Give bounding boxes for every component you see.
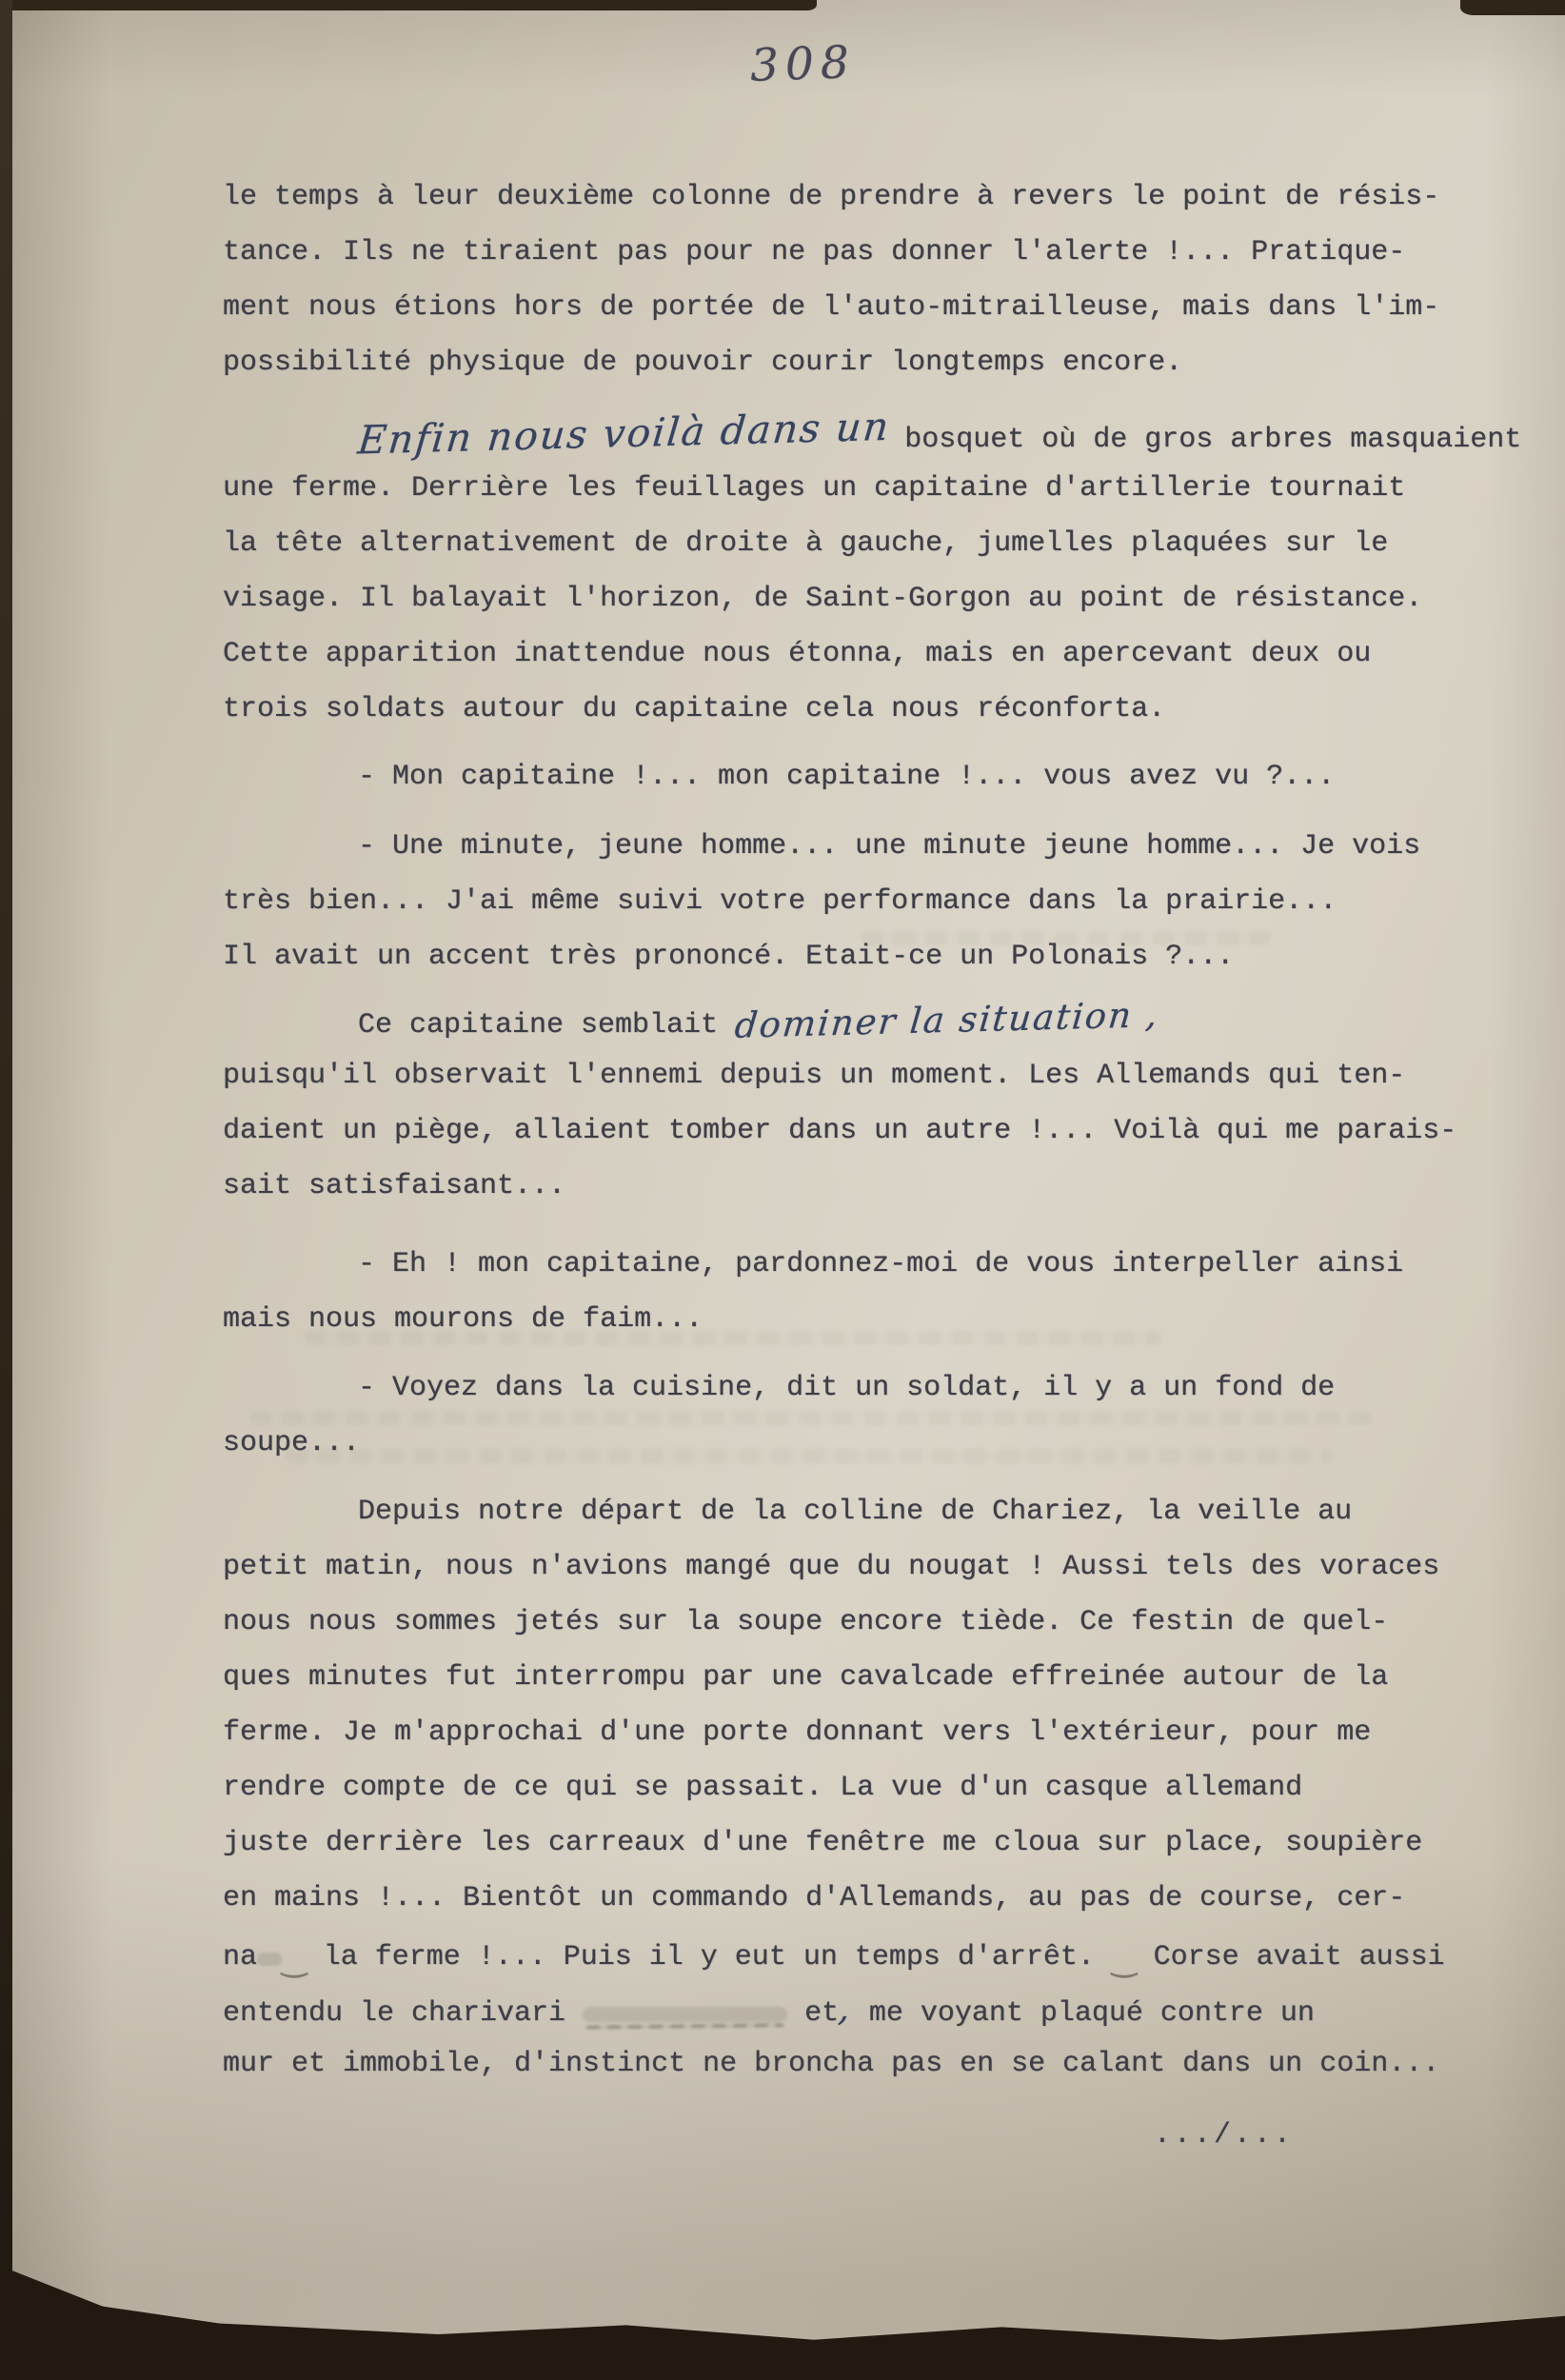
text-line: soupe... [223, 1416, 1481, 1471]
handwritten-tie-mark: ‿ [282, 1933, 307, 1988]
text-line: ferme. Je m'approchai d'une porte donnan… [223, 1705, 1481, 1760]
text-line: daient un piège, allaient tomber dans un… [223, 1103, 1481, 1159]
photo-edge-top [0, 0, 817, 10]
text-line: Cette apparition inattendue nous étonna,… [223, 626, 1481, 682]
text-line: tance. Ils ne tiraient pas pour ne pas d… [223, 225, 1481, 280]
handwritten-insertion: dominer la situation , [732, 987, 1161, 1054]
text-line: petit matin, nous n'avions mangé que du … [223, 1539, 1481, 1595]
text-line: trois soldats autour du capitaine cela n… [223, 682, 1481, 737]
text-line: - Voyez dans la cuisine, dit un soldat, … [223, 1360, 1481, 1416]
text-line-with-handwriting: Ce capitaine semblait dominer la situati… [223, 993, 1481, 1048]
erased-text-smudge [583, 2007, 787, 2022]
text-line: sait satisfaisant... [223, 1159, 1481, 1214]
text-line-with-erasure: entendu le charivari et, me voyant plaqu… [223, 1981, 1481, 2036]
typed-segment: Corse avait aussi [1137, 1941, 1445, 1973]
typed-segment: entendu le charivari [223, 1997, 583, 2030]
erased-text-smudge [257, 1953, 282, 1966]
text-line: une ferme. Derrière les feuillages un ca… [223, 461, 1481, 516]
paragraph: Ce capitaine semblait dominer la situati… [223, 993, 1481, 1214]
paragraph: Enfin nous voilà dans un bosquet où de g… [223, 406, 1481, 737]
typed-segment: et [787, 1997, 839, 2030]
handwritten-insertion: Enfin nous voilà dans un [355, 398, 907, 467]
paragraph: Depuis notre départ de la colline de Cha… [223, 1484, 1481, 2092]
text-line: rendre compte de ce qui se passait. La v… [223, 1760, 1481, 1815]
photo-edge-left [0, 0, 12, 2380]
photo-edge-top-right [1460, 0, 1565, 15]
typed-segment: bosquet où de gros arbres masquaient [904, 424, 1521, 456]
paragraph: le temps à leur deuxième colonne de pren… [223, 169, 1481, 390]
dialogue-paragraph: - Mon capitaine !... mon capitaine !... … [223, 749, 1481, 804]
typed-segment: na [223, 1941, 257, 1973]
text-line: puisqu'il observait l'ennemi depuis un m… [223, 1048, 1481, 1103]
dialogue-paragraph: - Une minute, jeune homme... une minute … [223, 819, 1481, 984]
text-line: mur et immobile, d'instinct ne broncha p… [223, 2036, 1481, 2092]
dialogue-paragraph: - Eh ! mon capitaine, pardonnez-moi de v… [223, 1237, 1481, 1347]
photo-edge-bottom [0, 2289, 1565, 2380]
dialogue-paragraph: - Voyez dans la cuisine, dit un soldat, … [223, 1360, 1481, 1471]
continuation-mark: .../... [1154, 2119, 1294, 2152]
text-line: - Eh ! mon capitaine, pardonnez-moi de v… [223, 1237, 1481, 1292]
text-line: la tête alternativement de droite à gauc… [223, 516, 1481, 571]
text-line: - Une minute, jeune homme... une minute … [223, 819, 1481, 874]
typed-segment: la ferme !... Puis il y eut un temps d'a… [307, 1941, 1112, 1973]
text-line: nous nous sommes jetés sur la soupe enco… [223, 1595, 1481, 1650]
text-line: mais nous mourons de faim... [223, 1292, 1481, 1347]
text-line: ment nous étions hors de portée de l'aut… [223, 280, 1481, 335]
scanned-typewritten-page: { "doc": { "page_number": "308", "contin… [0, 0, 1565, 2380]
handwritten-tie-mark: ‿ [1112, 1933, 1137, 1988]
text-line-with-handwriting: Enfin nous voilà dans un bosquet où de g… [223, 406, 1481, 461]
text-line: - Mon capitaine !... mon capitaine !... … [223, 749, 1481, 804]
text-line: visage. Il balayait l'horizon, de Saint-… [223, 571, 1481, 626]
typed-text-block: le temps à leur deuxième colonne de pren… [223, 169, 1481, 2092]
typed-segment: me voyant plaqué contre un [852, 1997, 1315, 2030]
text-line: juste derrière les carreaux d'une fenêtr… [223, 1815, 1481, 1871]
text-line: en mains !... Bientôt un commando d'Alle… [223, 1871, 1481, 1926]
text-line: très bien... J'ai même suivi votre perfo… [223, 874, 1481, 929]
typed-segment: Ce capitaine semblait [358, 1009, 735, 1041]
text-line: ques minutes fut interrompu par une cava… [223, 1650, 1481, 1705]
text-line: Depuis notre départ de la colline de Cha… [223, 1484, 1481, 1539]
text-line: Il avait un accent très prononcé. Etait-… [223, 929, 1481, 984]
text-line: possibilité physique de pouvoir courir l… [223, 335, 1481, 390]
handwritten-page-number: 308 [749, 36, 857, 92]
text-line: le temps à leur deuxième colonne de pren… [223, 169, 1481, 225]
text-line-with-erasure: na‿ la ferme !... Puis il y eut un temps… [223, 1926, 1481, 1981]
